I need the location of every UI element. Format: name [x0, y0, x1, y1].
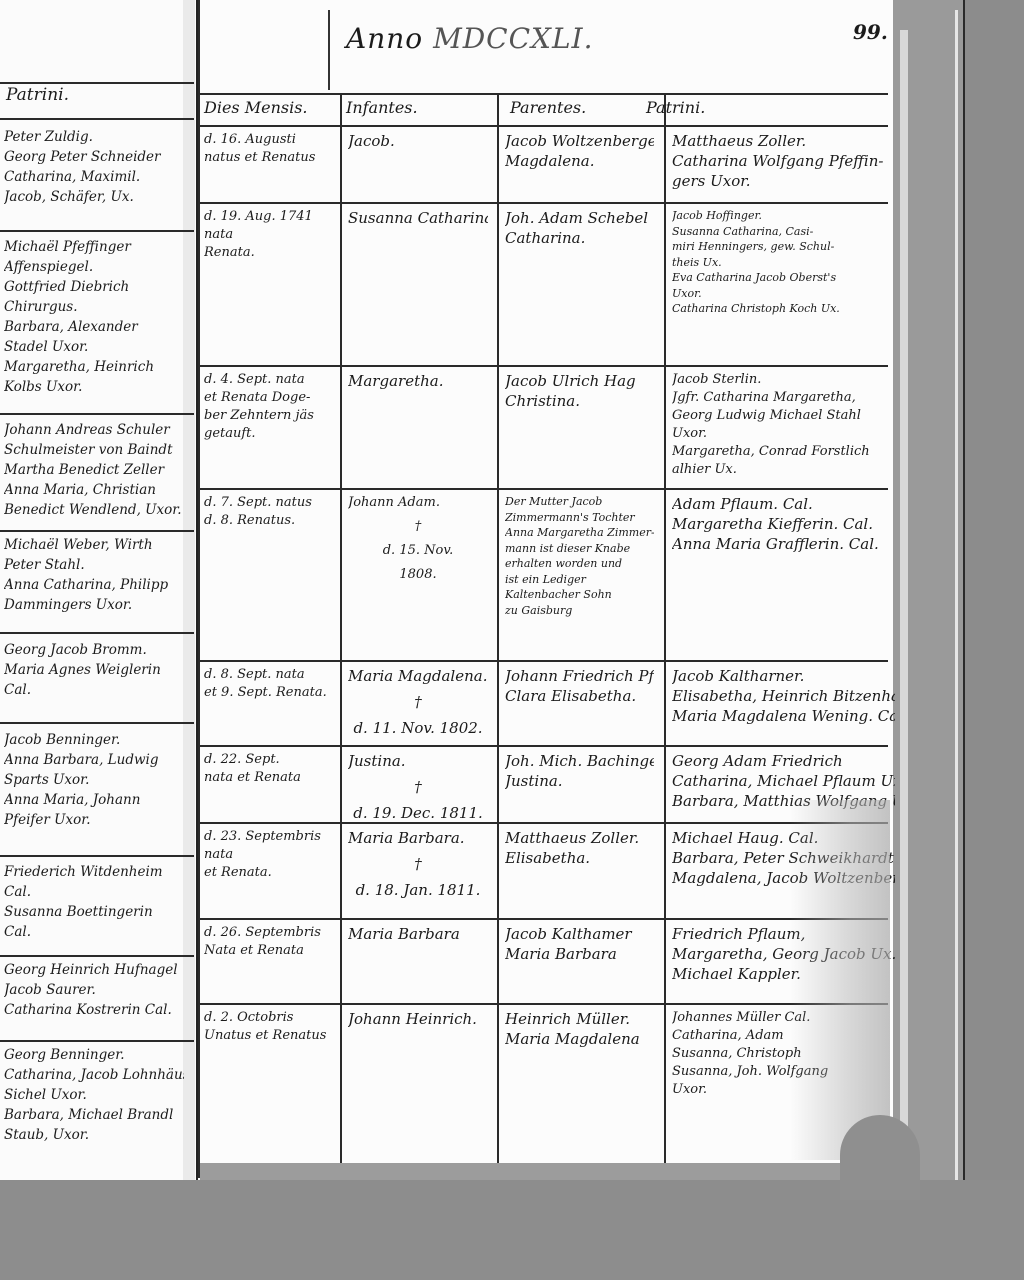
- left-row-rule: [0, 530, 194, 532]
- entry-line: Jacob Kaltharner.: [672, 666, 895, 686]
- entry-godparents: Adam Pflaum. Cal.Margaretha Kiefferin. C…: [672, 494, 895, 658]
- left-entry-line: Cal.: [4, 680, 184, 700]
- entry-line: Susanna Catharina: [348, 208, 488, 228]
- entry-line: d. 2. Octobris: [204, 1009, 326, 1027]
- left-row-rule: [0, 1040, 194, 1042]
- left-entry-line: Pfeifer Uxor.: [4, 810, 184, 830]
- left-entry-line: Benedict Wendlend, Uxor.: [4, 500, 184, 520]
- entry-line: Der Mutter Jacob: [505, 494, 654, 510]
- entry-line: Catharina Christoph Koch Ux.: [672, 301, 895, 317]
- left-page-entry: Georg Benninger.Catharina, Jacob Lohnhäu…: [4, 1045, 184, 1145]
- entry-line: d. 4. Sept. nata: [204, 371, 326, 389]
- entry-line: Catharina, Michael Pflaum Ux.: [672, 771, 895, 791]
- left-header-rule-bottom: [0, 118, 194, 120]
- entry-date: d. 4. Sept. nataet Renata Doge-ber Zehnt…: [204, 371, 326, 486]
- row-rule: [198, 125, 888, 127]
- entry-line: d. 18. Jan. 1811.: [348, 880, 488, 900]
- left-page-entry: Friederich WitdenheimCal.Susanna Boettin…: [4, 862, 184, 942]
- entry-line: d. 11. Nov. 1802.: [348, 718, 488, 738]
- entry-line: Jacob.: [348, 131, 488, 151]
- left-row-rule: [0, 722, 194, 724]
- entry-parents: Jacob KalthamerMaria Barbara: [505, 924, 654, 1001]
- entry-line: d. 8. Renatus.: [204, 512, 326, 530]
- title-prefix: Anno: [346, 22, 423, 55]
- entry-line: zu Gaisburg: [505, 603, 654, 619]
- entry-parents: Jacob Ulrich HagChristina.: [505, 371, 654, 486]
- entry-godparents: Jacob Sterlin.Jgfr. Catharina Margaretha…: [672, 371, 895, 486]
- title-year: MDCCXLI.: [433, 22, 593, 55]
- left-entry-line: Jacob Benninger.: [4, 730, 184, 750]
- row-rule: [198, 1003, 888, 1005]
- entry-line: Jacob Sterlin.: [672, 371, 895, 389]
- entry-line: d. 19. Dec. 1811.: [348, 803, 488, 820]
- page-edge-highlight: [955, 10, 958, 1210]
- entry-line: Jacob Ulrich Hag: [505, 371, 654, 391]
- entry-line: Adam Pflaum. Cal.: [672, 494, 895, 514]
- left-entry-line: Sichel Uxor.: [4, 1085, 184, 1105]
- entry-line: ber Zehntern jäs: [204, 407, 326, 425]
- left-page-entry: Peter Zuldig.Georg Peter SchneiderCathar…: [4, 127, 184, 207]
- entry-line: nata: [204, 226, 326, 244]
- left-entry-line: Sparts Uxor.: [4, 770, 184, 790]
- left-entry-line: Anna Barbara, Ludwig: [4, 750, 184, 770]
- entry-godparents: Jacob Hoffinger.Susanna Catharina, Casi-…: [672, 208, 895, 363]
- entry-line: et 9. Sept. Renata.: [204, 684, 326, 702]
- left-entry-line: Michaël Weber, Wirth: [4, 535, 184, 555]
- entry-line: erhalten worden und: [505, 556, 654, 572]
- entry-line: Anna Maria Grafflerin. Cal.: [672, 534, 895, 554]
- column-rule: [497, 93, 499, 1178]
- left-entry-line: Georg Peter Schneider: [4, 147, 184, 167]
- column-header-godparents: Patrini.: [646, 98, 705, 117]
- left-column-heading: Patrini.: [6, 85, 69, 105]
- entry-infant: Jacob.: [348, 131, 488, 200]
- entry-infant: Susanna Catharina: [348, 208, 488, 363]
- left-entry-line: Catharina, Maximil.: [4, 167, 184, 187]
- row-rule: [198, 202, 888, 204]
- death-cross-icon: †: [348, 518, 488, 536]
- left-row-rule: [0, 413, 194, 415]
- entry-line: d. 7. Sept. natus: [204, 494, 326, 512]
- entry-line: Nata et Renata: [204, 942, 326, 960]
- entry-line: Heinrich Müller.: [505, 1009, 654, 1029]
- entry-line: theis Ux.: [672, 255, 895, 271]
- entry-line: Uxor.: [672, 286, 895, 302]
- left-entry-line: Maria Agnes Weiglerin: [4, 660, 184, 680]
- entry-infant: Margaretha.: [348, 371, 488, 486]
- entry-line: Uxor.: [672, 425, 895, 443]
- entry-line: 1808.: [348, 566, 488, 584]
- left-entry-line: Catharina Kostrerin Cal.: [4, 1000, 184, 1020]
- left-entry-line: Peter Zuldig.: [4, 127, 184, 147]
- column-rule: [340, 93, 342, 1178]
- left-entry-line: Schulmeister von Baindt: [4, 440, 184, 460]
- entry-line: gers Uxor.: [672, 171, 895, 191]
- entry-line: miri Henningers, gew. Schul-: [672, 239, 895, 255]
- row-rule: [198, 660, 888, 662]
- entry-line: d. 23. Septembris: [204, 828, 326, 846]
- left-entry-line: Friederich Witdenheim: [4, 862, 184, 882]
- row-rule: [198, 365, 888, 367]
- death-cross-icon: †: [348, 854, 488, 874]
- left-page-entry: Johann Andreas SchulerSchulmeister von B…: [4, 420, 184, 520]
- left-entry-line: Cal.: [4, 922, 184, 942]
- entry-line: Jacob Kalthamer: [505, 924, 654, 944]
- left-entry-line: Georg Benninger.: [4, 1045, 184, 1065]
- entry-line: Georg Ludwig Michael Stahl: [672, 407, 895, 425]
- entry-line: mann ist dieser Knabe: [505, 541, 654, 557]
- entry-line: Elisabetha, Heinrich Bitzenhaupt Ux.: [672, 686, 895, 706]
- left-entry-line: Margaretha, Heinrich: [4, 357, 184, 377]
- left-entry-line: Peter Stahl.: [4, 555, 184, 575]
- entry-parents: Johann Friedrich PflaumClara Elisabetha.: [505, 666, 654, 743]
- left-entry-line: Chirurgus.: [4, 297, 184, 317]
- entry-line: d. 26. Septembris: [204, 924, 326, 942]
- header-rule-top: [198, 93, 888, 95]
- left-page-entry: Georg Heinrich HufnagelJacob Saurer.Cath…: [4, 960, 184, 1020]
- entry-date: d. 23. Septembrisnataet Renata.: [204, 828, 326, 916]
- entry-line: Justina.: [505, 771, 654, 791]
- entry-line: alhier Ux.: [672, 461, 895, 479]
- entry-line: Johann Adam.: [348, 494, 488, 512]
- entry-line: Magdalena.: [505, 151, 654, 171]
- entry-line: Joh. Adam Schebel: [505, 208, 654, 228]
- page-edge-strip: [900, 30, 908, 1180]
- entry-infant: Johann Adam.†d. 15. Nov.1808.: [348, 494, 488, 658]
- left-entry-line: Anna Catharina, Philipp: [4, 575, 184, 595]
- entry-line: Margaretha.: [348, 371, 488, 391]
- entry-line: Johann Friedrich Pflaum: [505, 666, 654, 686]
- entry-line: Christina.: [505, 391, 654, 411]
- entry-infant: Johann Heinrich.: [348, 1009, 488, 1176]
- entry-infant: Maria Barbara: [348, 924, 488, 1001]
- scan-shadow-thumb: [840, 1115, 920, 1200]
- left-entry-line: Kolbs Uxor.: [4, 377, 184, 397]
- entry-line: d. 22. Sept.: [204, 751, 326, 769]
- entry-line: Susanna Catharina, Casi-: [672, 224, 895, 240]
- entry-line: Eva Catharina Jacob Oberst's: [672, 270, 895, 286]
- entry-line: Margaretha Kiefferin. Cal.: [672, 514, 895, 534]
- column-rule: [198, 0, 200, 1178]
- left-entry-line: Jacob, Schäfer, Ux.: [4, 187, 184, 207]
- entry-line: Kaltenbacher Sohn: [505, 587, 654, 603]
- entry-parents: Heinrich Müller.Maria Magdalena: [505, 1009, 654, 1176]
- entry-infant: Maria Magdalena.†d. 11. Nov. 1802.: [348, 666, 488, 743]
- left-entry-line: Dammingers Uxor.: [4, 595, 184, 615]
- left-entry-line: Staub, Uxor.: [4, 1125, 184, 1145]
- entry-date: d. 22. Sept.nata et Renata: [204, 751, 326, 820]
- entry-line: Johann Heinrich.: [348, 1009, 488, 1029]
- left-header-rule: [0, 82, 194, 84]
- left-entry-line: Michaël Pfeffinger: [4, 237, 184, 257]
- entry-parents: Der Mutter JacobZimmermann's TochterAnna…: [505, 494, 654, 658]
- entry-line: getauft.: [204, 425, 326, 443]
- entry-parents: Joh. Mich. BachingerJustina.: [505, 751, 654, 820]
- entry-line: Jgfr. Catharina Margaretha,: [672, 389, 895, 407]
- entry-line: ist ein Lediger: [505, 572, 654, 588]
- entry-date: d. 7. Sept. natusd. 8. Renatus.: [204, 494, 326, 658]
- entry-parents: Jacob Woltzenberger.Magdalena.: [505, 131, 654, 200]
- entry-date: d. 19. Aug. 1741nataRenata.: [204, 208, 326, 363]
- left-entry-line: Georg Jacob Bromm.: [4, 640, 184, 660]
- row-rule: [198, 488, 888, 490]
- title-divider: [328, 10, 330, 90]
- row-rule: [198, 745, 888, 747]
- entry-line: Matthaeus Zoller.: [672, 131, 895, 151]
- left-entry-line: Johann Andreas Schuler: [4, 420, 184, 440]
- entry-date: d. 8. Sept. nataet 9. Sept. Renata.: [204, 666, 326, 743]
- entry-line: Maria Barbara.: [348, 828, 488, 848]
- entry-line: Elisabetha.: [505, 848, 654, 868]
- entry-line: natus et Renatus: [204, 149, 326, 167]
- left-entry-line: Anna Maria, Johann: [4, 790, 184, 810]
- entry-line: nata et Renata: [204, 769, 326, 787]
- entry-parents: Joh. Adam SchebelCatharina.: [505, 208, 654, 363]
- entry-infant: Maria Barbara.†d. 18. Jan. 1811.: [348, 828, 488, 916]
- left-entry-line: Anna Maria, Christian: [4, 480, 184, 500]
- column-header-infants: Infantes.: [346, 98, 418, 117]
- entry-line: et Renata.: [204, 864, 326, 882]
- entry-line: d. 8. Sept. nata: [204, 666, 326, 684]
- entry-godparents: Jacob Kaltharner.Elisabetha, Heinrich Bi…: [672, 666, 895, 743]
- left-entry-line: Barbara, Michael Brandl: [4, 1105, 184, 1125]
- water-stain: [790, 800, 890, 1160]
- entry-line: d. 16. Augusti: [204, 131, 326, 149]
- entry-line: Catharina.: [505, 228, 654, 248]
- left-entry-line: Catharina, Jacob Lohnhäuser: [4, 1065, 184, 1085]
- left-entry-line: Barbara, Alexander: [4, 317, 184, 337]
- left-entry-line: Stadel Uxor.: [4, 337, 184, 357]
- left-entry-line: Cal.: [4, 882, 184, 902]
- entry-line: Catharina Wolfgang Pfeffin-: [672, 151, 895, 171]
- page-number: 99.: [853, 20, 888, 44]
- left-page-entry: Georg Jacob Bromm.Maria Agnes WeiglerinC…: [4, 640, 184, 700]
- left-entry-line: Susanna Boettingerin: [4, 902, 184, 922]
- register-page: Anno MDCCXLI. 99. Dies Mensis. Infantes.…: [198, 0, 893, 1180]
- death-cross-icon: †: [348, 692, 488, 712]
- entry-date: d. 2. OctobrisUnatus et Renatus: [204, 1009, 326, 1176]
- entry-line: et Renata Doge-: [204, 389, 326, 407]
- left-page-gutter: [183, 0, 195, 1185]
- left-row-rule: [0, 230, 194, 232]
- left-entry-line: Jacob Saurer.: [4, 980, 184, 1000]
- left-entry-line: Georg Heinrich Hufnagel: [4, 960, 184, 980]
- left-page-entry: Michaël Weber, WirthPeter Stahl.Anna Cat…: [4, 535, 184, 615]
- entry-line: Joh. Mich. Bachinger: [505, 751, 654, 771]
- entry-line: Clara Elisabetha.: [505, 686, 654, 706]
- entry-line: Maria Magdalena Wening. Cal.: [672, 706, 895, 726]
- left-row-rule: [0, 955, 194, 957]
- entry-line: Unatus et Renatus: [204, 1027, 326, 1045]
- entry-parents: Matthaeus Zoller.Elisabetha.: [505, 828, 654, 916]
- entry-line: Zimmermann's Tochter: [505, 510, 654, 526]
- entry-line: Renata.: [204, 244, 326, 262]
- entry-infant: Justina.†d. 19. Dec. 1811.: [348, 751, 488, 820]
- entry-line: nata: [204, 846, 326, 864]
- left-row-rule: [0, 632, 194, 634]
- death-cross-icon: †: [348, 777, 488, 797]
- left-entry-line: Gottfried Diebrich: [4, 277, 184, 297]
- entry-date: d. 16. Augustinatus et Renatus: [204, 131, 326, 200]
- entry-godparents: Matthaeus Zoller.Catharina Wolfgang Pfef…: [672, 131, 895, 200]
- left-page-entry: Jacob Benninger.Anna Barbara, LudwigSpar…: [4, 730, 184, 830]
- entry-line: Jacob Hoffinger.: [672, 208, 895, 224]
- entry-line: Maria Barbara: [348, 924, 488, 944]
- entry-line: Jacob Woltzenberger.: [505, 131, 654, 151]
- left-page-fragment: Patrini. Peter Zuldig.Georg Peter Schnei…: [0, 0, 199, 1185]
- page-title: Anno MDCCXLI.: [346, 22, 594, 55]
- entry-line: d. 15. Nov.: [348, 542, 488, 560]
- column-rule: [664, 93, 666, 1178]
- entry-line: Georg Adam Friedrich: [672, 751, 895, 771]
- row-rule: [198, 822, 888, 824]
- entry-line: Maria Barbara: [505, 944, 654, 964]
- left-page-entry: Michaël PfeffingerAffenspiegel.Gottfried…: [4, 237, 184, 397]
- entry-date: d. 26. SeptembrisNata et Renata: [204, 924, 326, 1001]
- entry-line: Anna Margaretha Zimmer-: [505, 525, 654, 541]
- column-header-date: Dies Mensis.: [204, 98, 308, 117]
- entry-line: Maria Magdalena.: [348, 666, 488, 686]
- left-entry-line: Affenspiegel.: [4, 257, 184, 277]
- entry-line: Maria Magdalena: [505, 1029, 654, 1049]
- entry-line: Margaretha, Conrad Forstlich: [672, 443, 895, 461]
- column-header-parents: Parentes.: [510, 98, 586, 117]
- scanner-background: [962, 0, 1024, 1280]
- entry-line: d. 19. Aug. 1741: [204, 208, 326, 226]
- entry-line: Matthaeus Zoller.: [505, 828, 654, 848]
- left-entry-line: Martha Benedict Zeller: [4, 460, 184, 480]
- entry-line: Justina.: [348, 751, 488, 771]
- left-row-rule: [0, 855, 194, 857]
- row-rule: [198, 918, 888, 920]
